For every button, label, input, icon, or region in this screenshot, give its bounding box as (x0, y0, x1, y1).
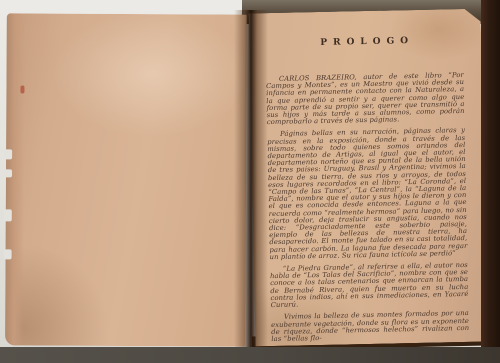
prologue-paragraph-2: Páginas bellas en su narración, páginas … (267, 127, 468, 261)
prologue-paragraph-4: Vivimos la belleza de sus montes formado… (271, 310, 470, 343)
page-edge-notch (4, 209, 12, 221)
right-page: PROLOGO CARLOS BRAZEIRO, autor de este l… (249, 9, 488, 347)
prologue-paragraph-3: “La Piedra Grande”, al referirse a ella,… (270, 262, 469, 309)
prologue-paragraph-1: CARLOS BRAZEIRO, autor de este libro “Po… (266, 72, 465, 127)
left-page (5, 13, 247, 346)
book-gutter-shadow (234, 10, 268, 350)
book-photo: PROLOGO CARLOS BRAZEIRO, autor de este l… (0, 0, 500, 363)
page-edge-notch (4, 249, 12, 259)
table-shadow-bottom (0, 347, 500, 363)
book-cover-right-edge (481, 0, 500, 363)
page-edge-red-mark (20, 85, 24, 93)
left-page-deckle-edge (5, 13, 25, 345)
page-edge-notch (4, 149, 12, 159)
prologue-title: PROLOGO (265, 35, 463, 49)
page-edge-notch (4, 169, 12, 177)
